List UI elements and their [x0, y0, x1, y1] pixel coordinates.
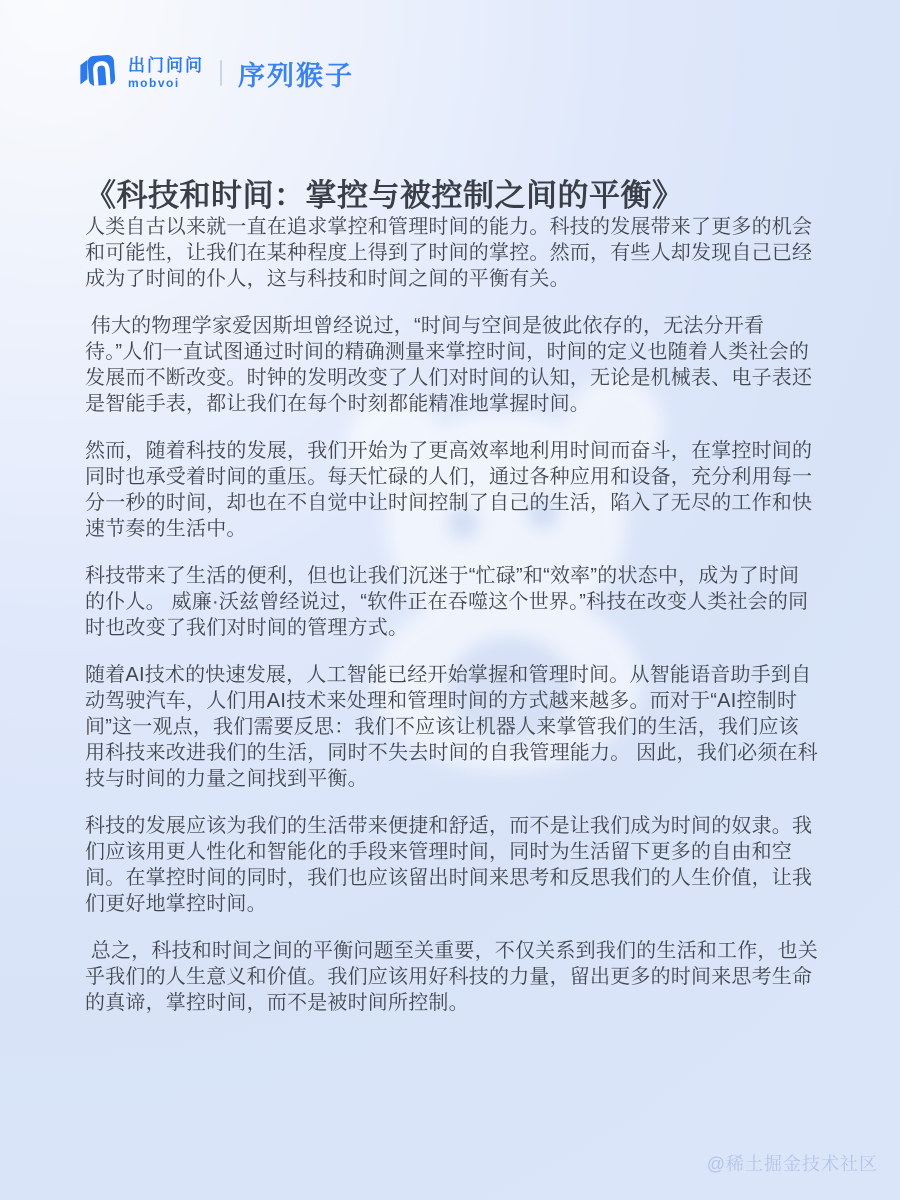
paragraph: 人类自古以来就一直在追求掌控和管理时间的能力。科技的发展带来了更多的机会和可能性… [85, 214, 819, 292]
paragraph: 总之，科技和时间之间的平衡问题至关重要，不仅关系到我们的生活和工作，也关乎我们的… [85, 938, 819, 1016]
brand-name-en: mobvoi [128, 77, 204, 89]
brand-divider [220, 60, 222, 86]
brand-wordmark: 出门问问 mobvoi [128, 57, 204, 89]
mobvoi-cube-icon [76, 52, 118, 94]
footer-watermark: @稀土掘金技术社区 [707, 1150, 878, 1176]
paragraph: 科技带来了生活的便利，但也让我们沉迷于“忙碌”和“效率”的状态中，成为了时间的仆… [85, 563, 819, 641]
article-title: 《科技和时间：掌控与被控制之间的平衡》 [85, 170, 825, 215]
article-body: 人类自古以来就一直在追求掌控和管理时间的能力。科技的发展带来了更多的机会和可能性… [85, 214, 819, 1037]
paragraph: 伟大的物理学家爱因斯坦曾经说过，“时间与空间是彼此依存的，无法分开看待。”人们一… [85, 313, 819, 417]
paragraph: 随着AI技术的快速发展，人工智能已经开始掌握和管理时间。从智能语音助手到自动驾驶… [85, 662, 819, 792]
product-name: 序列猴子 [238, 54, 354, 93]
page-background: 出门问问 mobvoi 序列猴子 《科技和时间：掌控与被控制之间的平衡》 人类自… [0, 0, 900, 1200]
brand-header: 出门问问 mobvoi 序列猴子 [76, 52, 354, 94]
brand-name-cn: 出门问问 [128, 57, 204, 74]
paragraph: 科技的发展应该为我们的生活带来便捷和舒适，而不是让我们成为时间的奴隶。我们应该用… [85, 813, 819, 917]
paragraph: 然而，随着科技的发展，我们开始为了更高效率地利用时间而奋斗，在掌控时间的同时也承… [85, 438, 819, 542]
